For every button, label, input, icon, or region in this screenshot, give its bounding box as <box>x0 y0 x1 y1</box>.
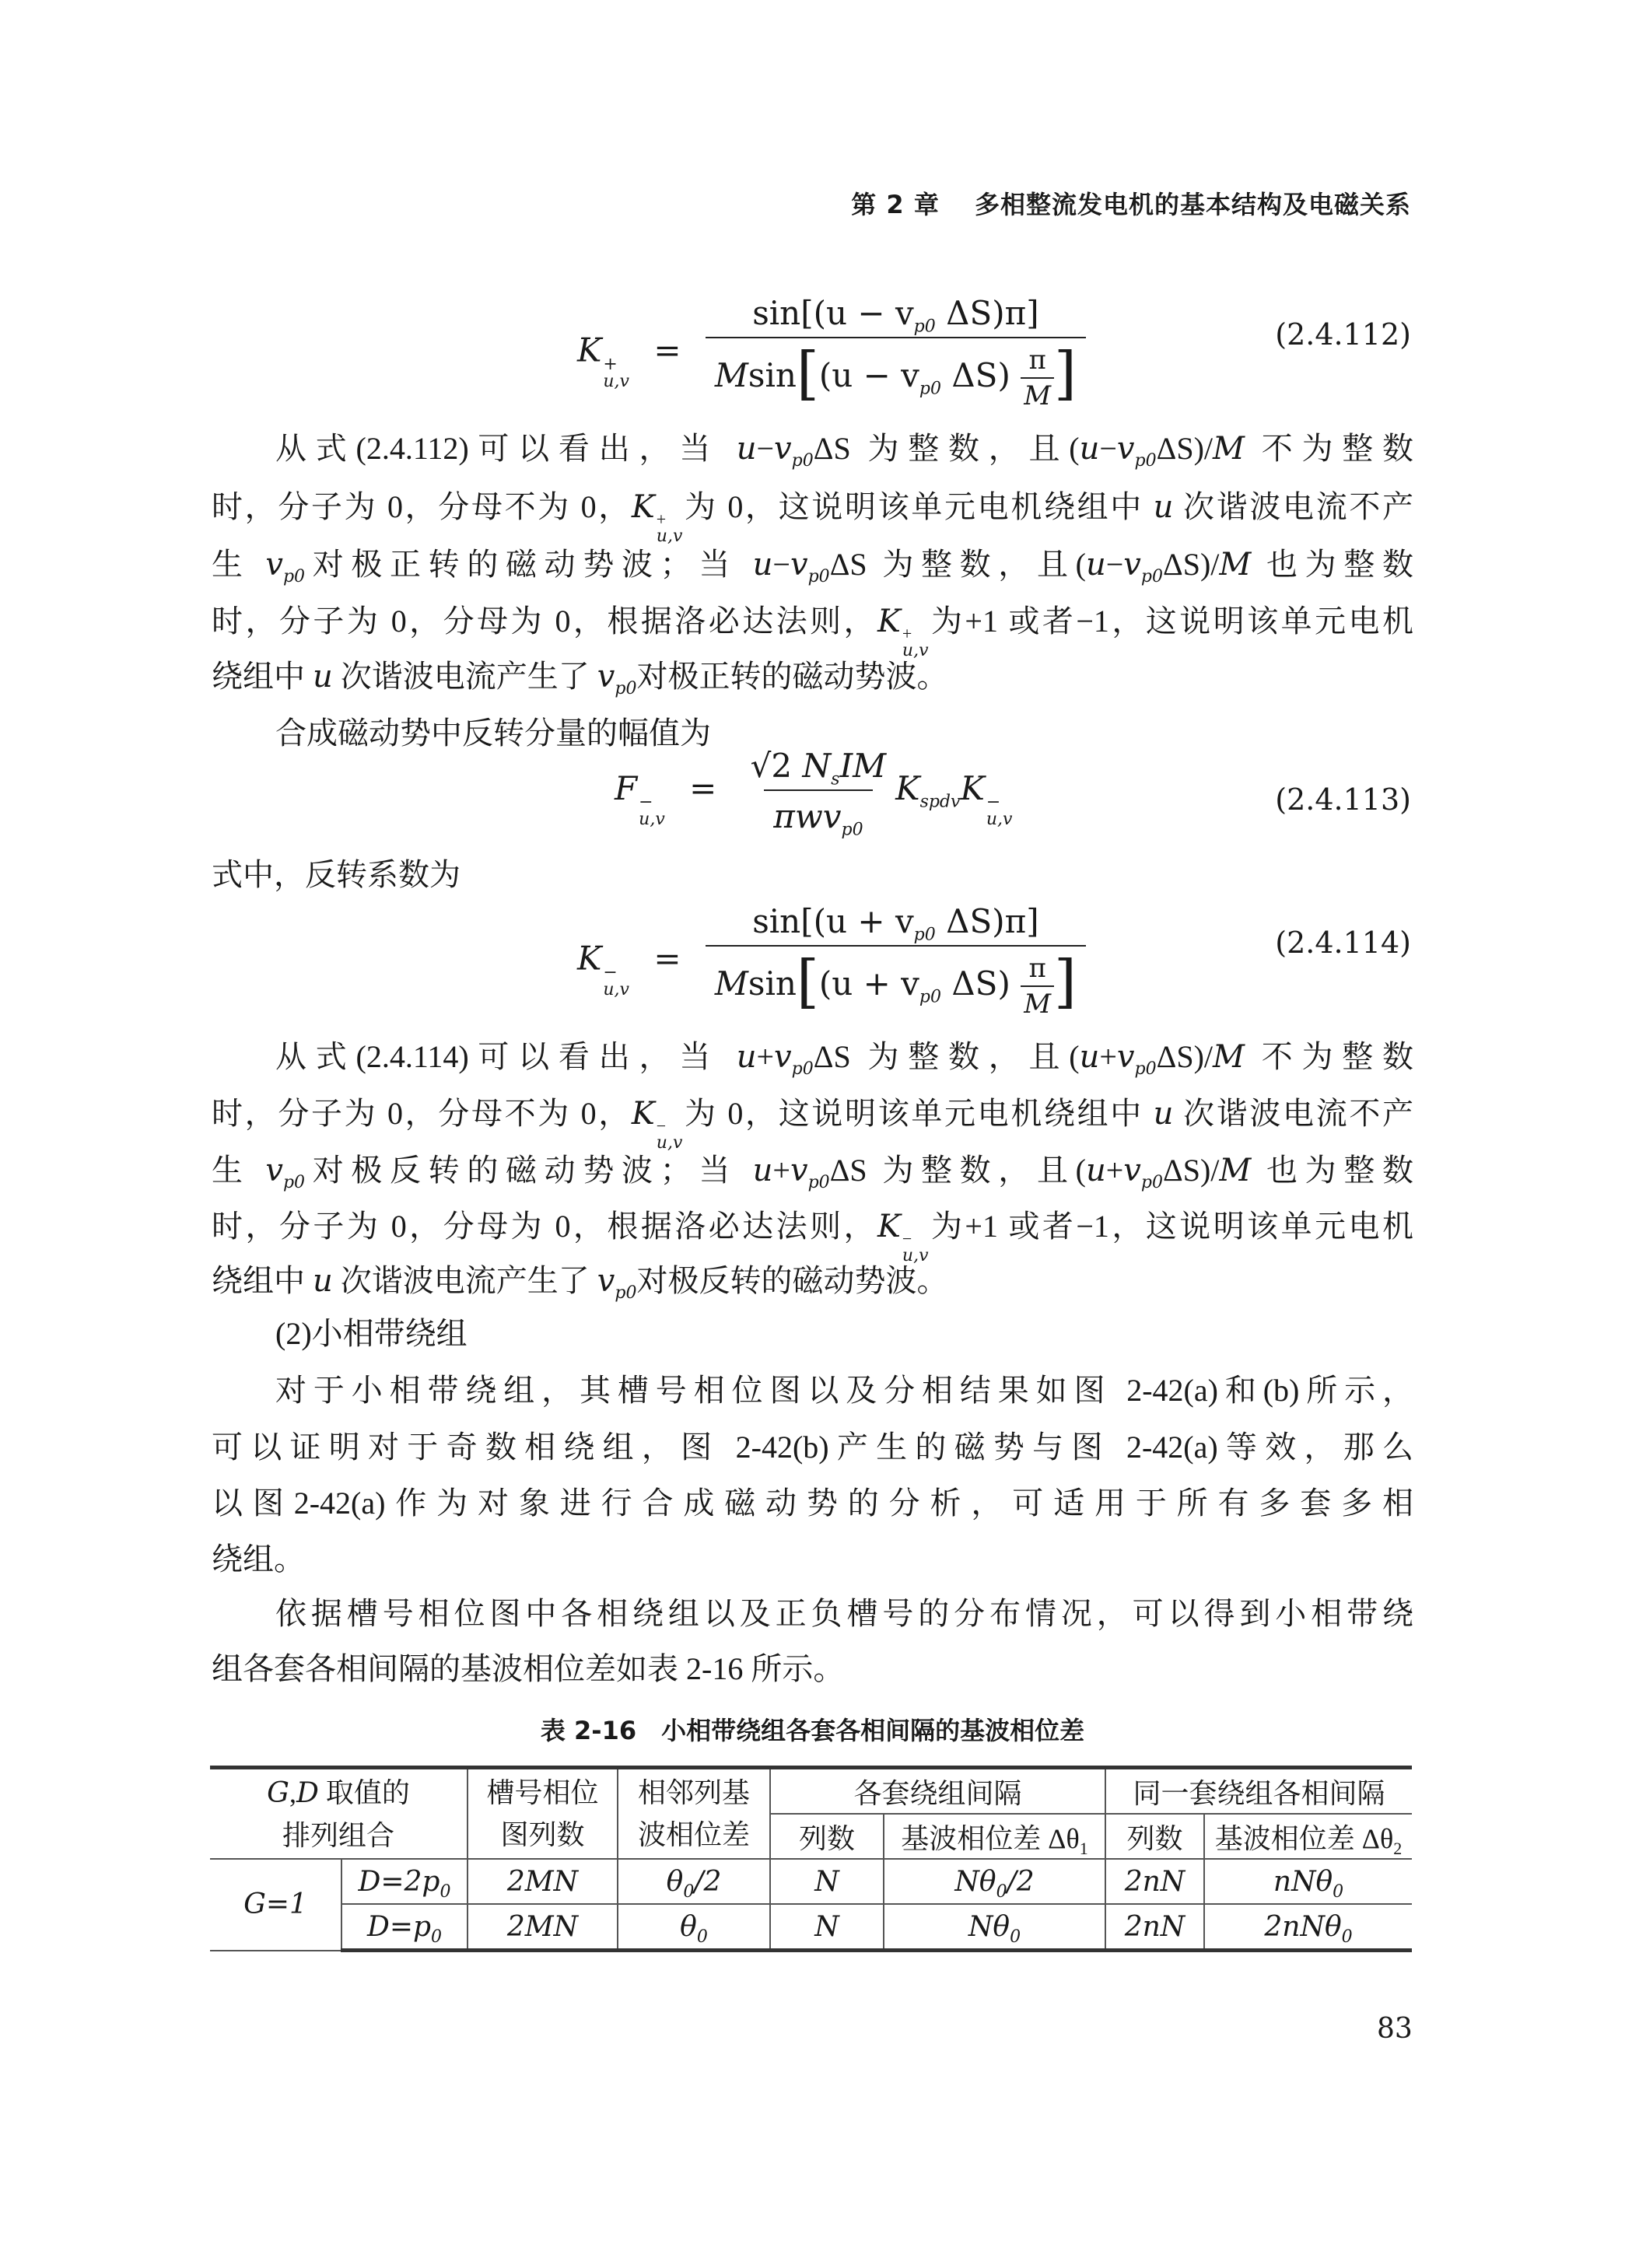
text-line: 时，分子为 0，分母不为 0，K−u,v为 0，这说明该单元电机绕组中 u 次谐… <box>212 1094 1413 1152</box>
equation-number: (2.4.114) <box>1275 926 1411 960</box>
header-phase-interval: 同一套绕组各相间隔 <box>1105 1768 1412 1815</box>
eq-numerator: √2 NsIM <box>741 747 896 789</box>
paragraph-where-clause: 式中，反转系数为 <box>212 856 1413 894</box>
text-line: 时，分子为 0，分母不为 0，K+u,v为 0，这说明该单元电机绕组中 u 次谐… <box>212 488 1413 545</box>
text-line: 时，分子为 0，分母为 0，根据洛必达法则，K−u,v为+1 或者−1，这说明该… <box>212 1207 1413 1265</box>
phase-difference-table: G,D G,D 取值的取值的排列组合 槽号相位图列数 相邻列基波相位差 各套绕组… <box>210 1766 1412 1952</box>
cell-slot-cols: 2MN <box>468 1859 618 1904</box>
cell-adj-phase: θ0/2 <box>618 1859 770 1904</box>
subheader-phase-1: 基波相位差 Δθ1 <box>884 1814 1105 1859</box>
subheader-cols-1: 列数 <box>770 1814 884 1859</box>
eq-fraction: sin[(u + vp0 ΔS)π] Msin[(u + vp0 ΔS) πM] <box>706 902 1086 1020</box>
cell-g1-phase: Nθ0/2 <box>884 1859 1105 1904</box>
cell-g2-phase: nNθ0 <box>1204 1859 1412 1904</box>
text-line: 绕组。 <box>212 1540 1413 1579</box>
table-header-row: G,D G,D 取值的取值的排列组合 槽号相位图列数 相邻列基波相位差 各套绕组… <box>210 1768 1412 1815</box>
text-line: 对于小相带绕组，其槽号相位图以及分相结果如图 2-42(a)和(b)所示， <box>212 1371 1413 1410</box>
text-line: 依据槽号相位图中各相绕组以及正负槽号的分布情况，可以得到小相带绕 <box>212 1594 1413 1633</box>
text-line: 从式(2.4.114)可以看出，当 u+vp0ΔS 为整数，且(u+vp0ΔS)… <box>212 1038 1413 1076</box>
equation-number: (2.4.112) <box>1275 317 1411 352</box>
eq-numerator: sin[(u − vp0 ΔS)π] <box>743 294 1048 337</box>
section-heading: (2)小相带绕组 <box>212 1314 1413 1353</box>
text-line: 从式(2.4.112)可以看出，当 u−vp0ΔS 为整数，且(u−vp0ΔS)… <box>212 429 1413 468</box>
header-set-interval: 各套绕组间隔 <box>770 1768 1105 1815</box>
cell-g1-phase: Nθ0 <box>884 1904 1105 1951</box>
text-line: 绕组中 u 次谐波电流产生了 vp0对极反转的磁动势波。 <box>212 1262 1413 1300</box>
header-gd-combination: G,D G,D 取值的取值的排列组合 <box>210 1768 468 1860</box>
text-line: 以图2-42(a)作为对象进行合成磁动势的分析，可适用于所有多套多相 <box>212 1484 1413 1523</box>
eq-denominator: πwvp0 <box>764 789 872 835</box>
table-caption: 表 2-16 小相带绕组各套各相间隔的基波相位差 <box>0 1711 1625 1747</box>
chapter-title: 多相整流发电机的基本结构及电磁关系 <box>975 190 1411 219</box>
table-row: G=1 D=2p0 2MN θ0/2 N Nθ0/2 2nN nNθ0 <box>210 1859 1412 1904</box>
subheader-cols-2: 列数 <box>1105 1814 1204 1859</box>
eq-lhs-sub: u,v <box>603 373 629 390</box>
cell-g1-cols: N <box>770 1904 884 1951</box>
eq-denominator: Msin[(u − vp0 ΔS) πM] <box>706 337 1086 411</box>
text-line: 可以证明对于奇数相绕组，图 2-42(b)产生的磁势与图 2-42(a)等效，那… <box>212 1428 1413 1467</box>
page-number: 83 <box>1377 2013 1413 2045</box>
eq-fraction: sin[(u − vp0 ΔS)π] Msin[(u − vp0 ΔS) πM] <box>706 294 1086 411</box>
eq-fraction: √2 NsIM πwvp0 <box>741 747 896 835</box>
text-line: 生 vp0对极反转的磁动势波；当 u+vp0ΔS 为整数，且(u+vp0ΔS)/… <box>212 1151 1413 1190</box>
running-header: 第 2 章 多相整流发电机的基本结构及电磁关系 <box>851 185 1411 221</box>
equation-2-4-113: F−u,v = √2 NsIM πwvp0 KspdvK−u,v <box>615 747 1012 835</box>
cell-g2-phase: 2nNθ0 <box>1204 1904 1412 1951</box>
eq-lhs-sup: + <box>603 356 629 373</box>
equation-2-4-114: K−u,v = sin[(u + vp0 ΔS)π] Msin[(u + vp0… <box>577 902 1086 1020</box>
header-adjacent-phase: 相邻列基波相位差 <box>618 1768 770 1860</box>
equation-2-4-112: K+u,v = sin[(u − vp0 ΔS)π] Msin[(u − vp0… <box>577 294 1086 411</box>
cell-g1-cols: N <box>770 1859 884 1904</box>
chapter-label: 第 2 章 <box>851 190 940 219</box>
cell-d-value: D=2p0 <box>341 1859 468 1904</box>
cell-d-value: D=p0 <box>341 1904 468 1951</box>
equation-number: (2.4.113) <box>1275 782 1411 817</box>
subheader-phase-2: 基波相位差 Δθ2 <box>1204 1814 1412 1859</box>
table-row: D=p0 2MN θ0 N Nθ0 2nN 2nNθ0 <box>210 1904 1412 1951</box>
text-line: 时，分子为 0，分母为 0，根据洛必达法则，K+u,v为+1 或者−1，这说明该… <box>212 602 1413 660</box>
header-slot-columns: 槽号相位图列数 <box>468 1768 618 1860</box>
cell-slot-cols: 2MN <box>468 1904 618 1951</box>
text-line: 绕组中 u 次谐波电流产生了 vp0对极正转的磁动势波。 <box>212 657 1413 696</box>
eq-lhs-symbol: K <box>577 331 601 369</box>
eq-numerator: sin[(u + vp0 ΔS)π] <box>743 902 1048 945</box>
cell-adj-phase: θ0 <box>618 1904 770 1951</box>
cell-g2-cols: 2nN <box>1105 1904 1204 1951</box>
cell-g-value: G=1 <box>210 1859 341 1951</box>
cell-g2-cols: 2nN <box>1105 1859 1204 1904</box>
text-line: 生 vp0对极正转的磁动势波；当 u−vp0ΔS 为整数，且(u−vp0ΔS)/… <box>212 545 1413 584</box>
text-line: 组各套各相间隔的基波相位差如表 2-16 所示。 <box>212 1650 1413 1689</box>
eq-denominator: Msin[(u + vp0 ΔS) πM] <box>706 945 1086 1020</box>
